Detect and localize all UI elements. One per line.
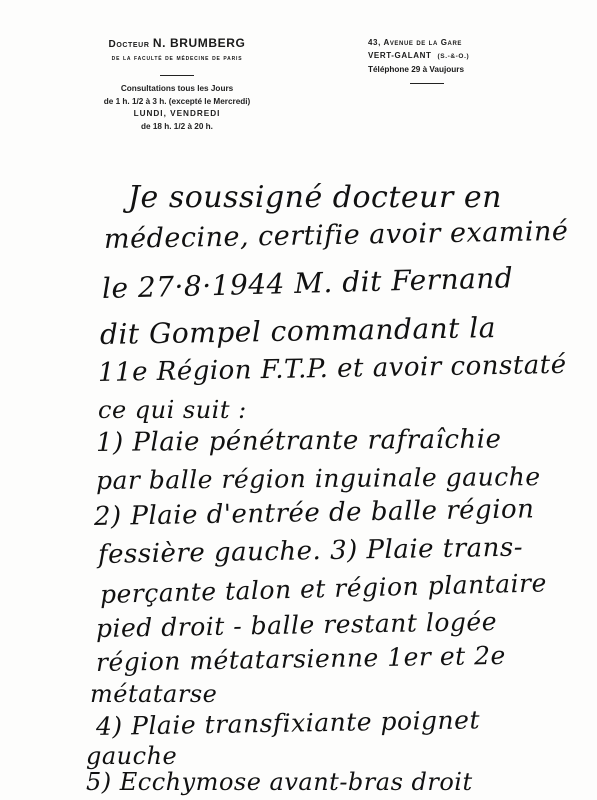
handwritten-line: Je soussigné docteur en [128, 180, 502, 215]
handwritten-certificate: Je soussigné docteur en médecine, certif… [0, 0, 597, 800]
handwritten-line: région métatarsienne 1er et 2e [96, 641, 506, 677]
handwritten-line: ce qui suit : [98, 396, 247, 424]
handwritten-line: médecine, certifie avoir examiné [104, 216, 569, 255]
handwritten-line: pied droit - balle restant logée [96, 607, 497, 643]
handwritten-line: le 27·8·1944 M. dit Fernand [102, 261, 514, 305]
handwritten-line: fessière gauche. 3) Plaie trans- [98, 533, 524, 570]
handwritten-line: 2) Plaie d'entrée de balle région [94, 494, 535, 532]
handwritten-line: 4) Plaie transfixiante poignet [96, 705, 480, 741]
handwritten-line: 5) Ecchymose avant-bras droit [86, 768, 473, 796]
handwritten-line: 11e Région F.T.P. et avoir constaté [98, 350, 567, 388]
handwritten-line: métatarse [90, 680, 217, 708]
handwritten-line: gauche [86, 742, 177, 770]
handwritten-line: par balle région inguinale gauche [96, 462, 541, 495]
handwritten-line: dit Gompel commandant la [100, 311, 497, 351]
scanned-letter: Docteur N. BRUMBERG de la Faculté de Méd… [0, 0, 597, 800]
handwritten-line: perçante talon et région plantaire [100, 568, 548, 609]
handwritten-line: 1) Plaie pénétrante rafraîchie [96, 424, 502, 458]
